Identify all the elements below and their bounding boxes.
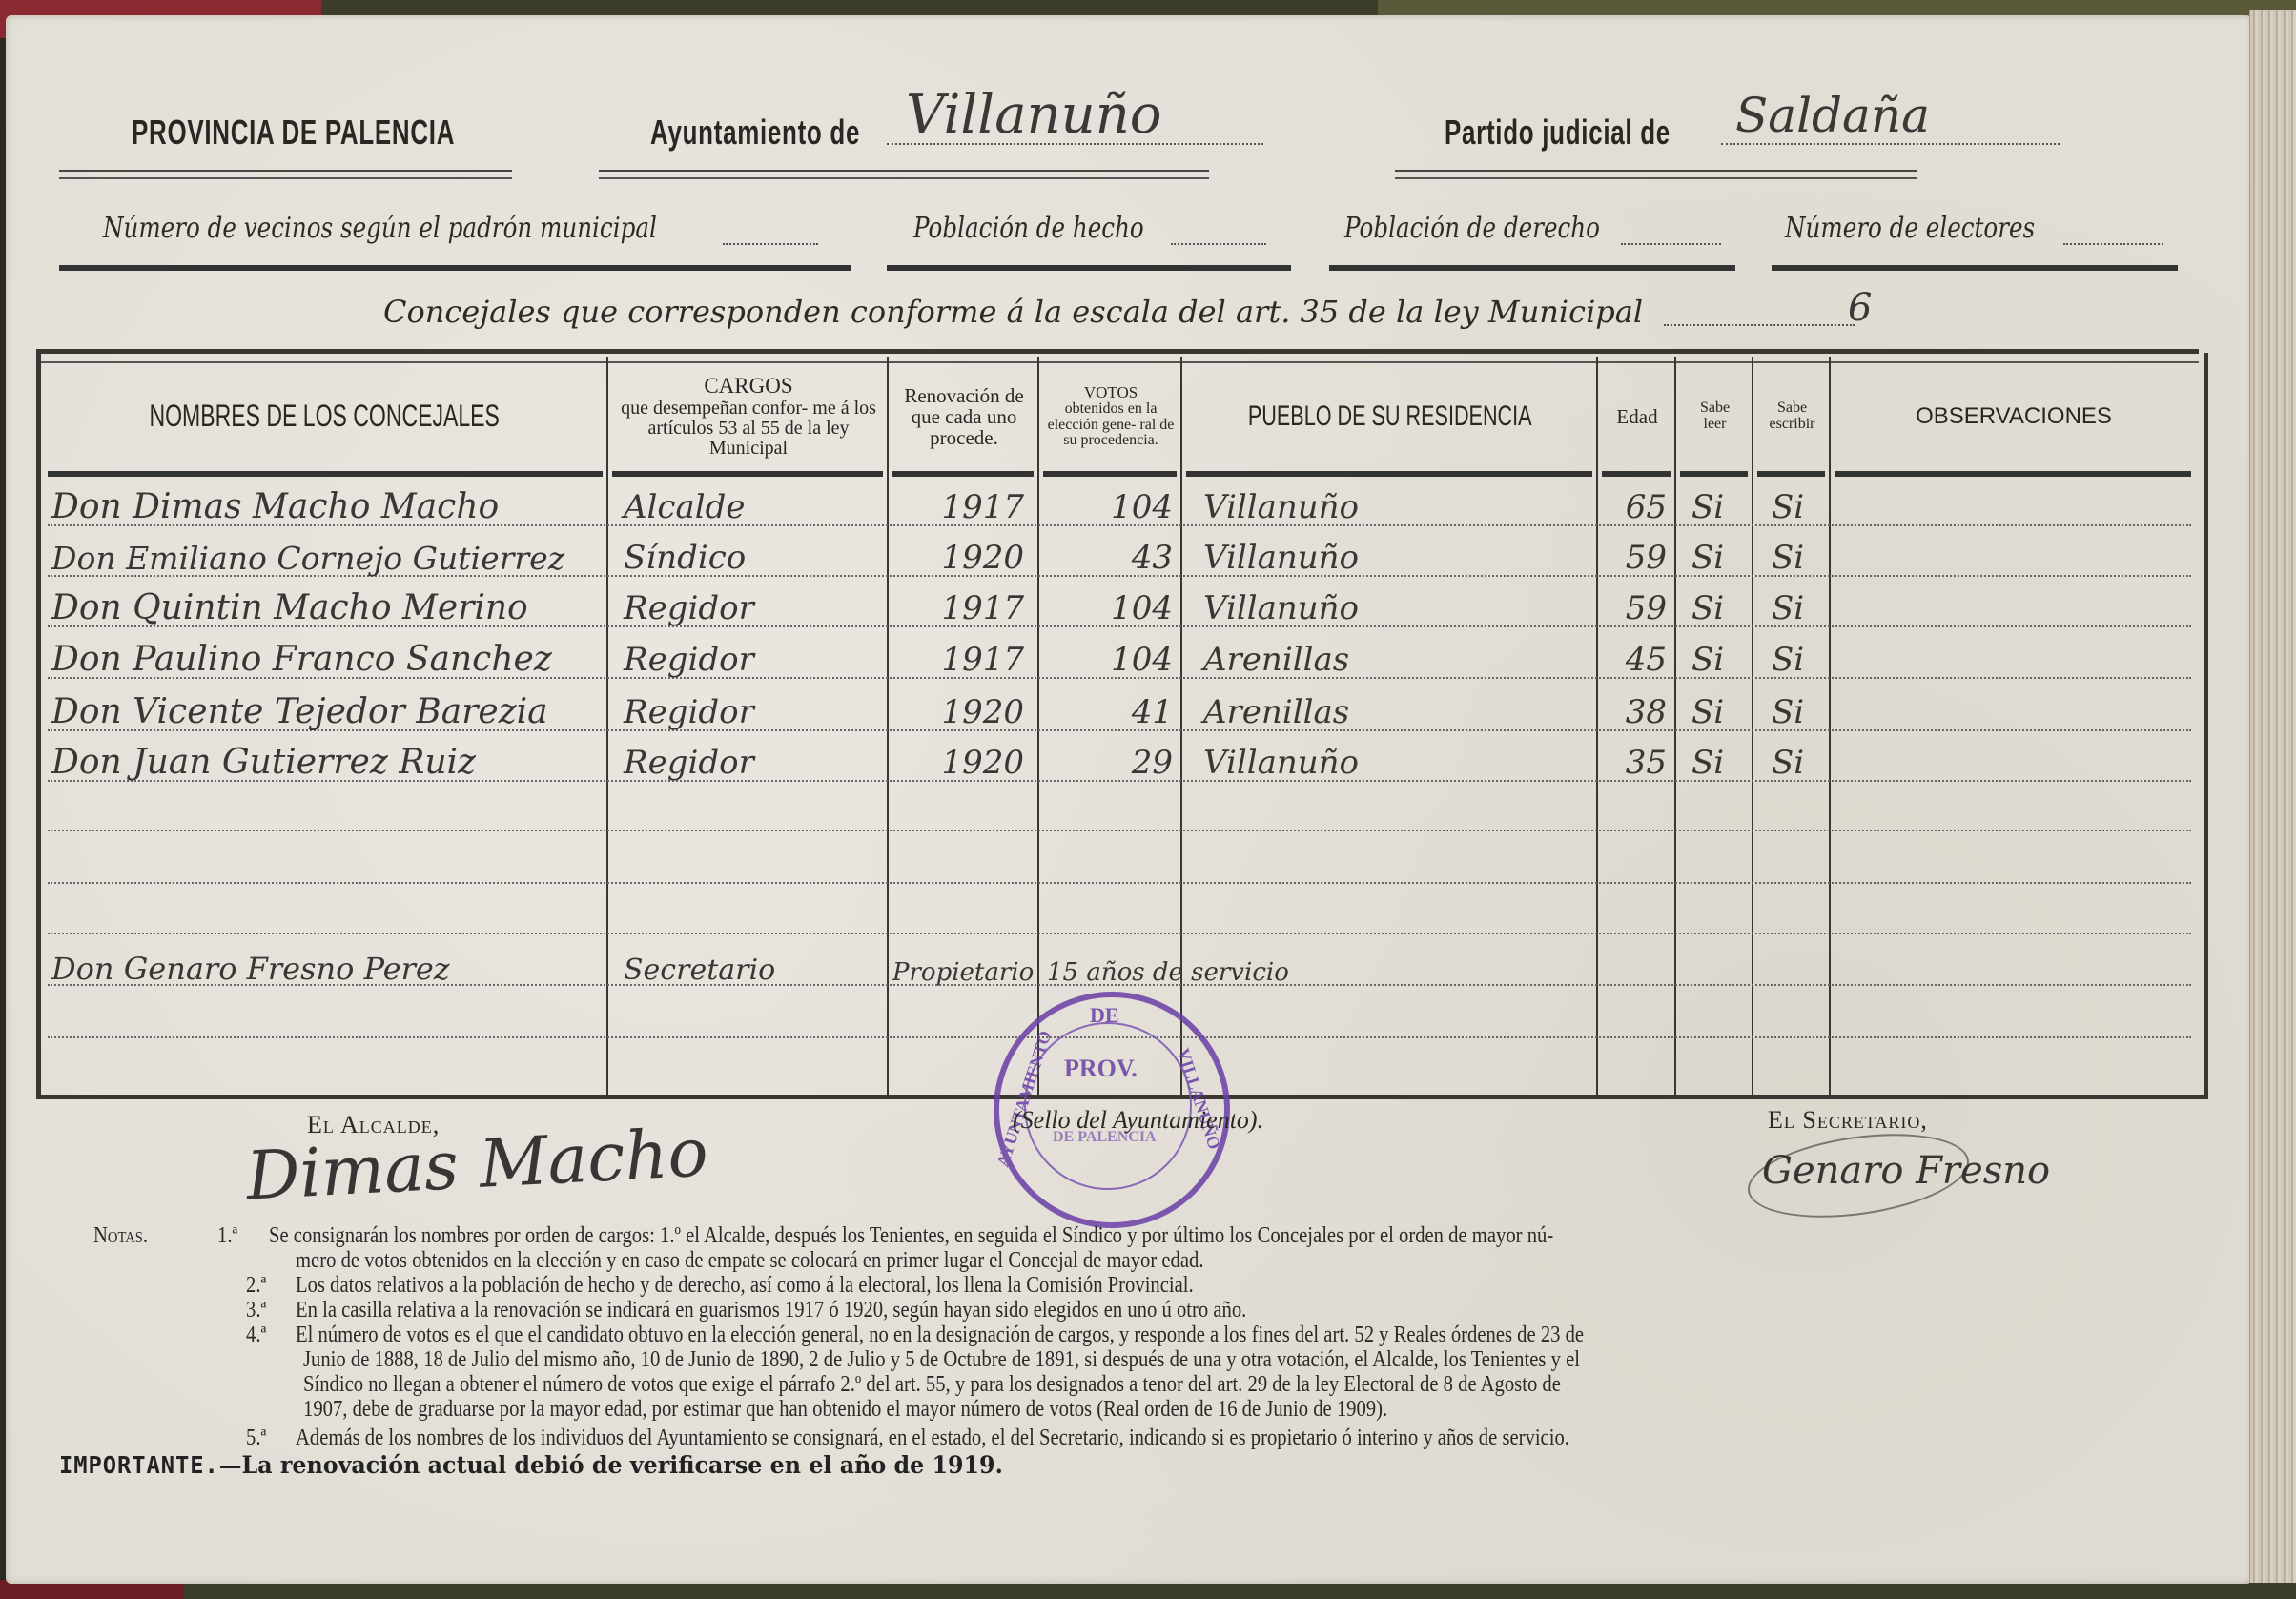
col-header-title: CARGOS bbox=[704, 375, 792, 398]
cell-renovacion: 1917 bbox=[892, 580, 1035, 631]
col-header-sabe-leer: Sabe leer bbox=[1678, 360, 1752, 473]
col-header-label: Sabe leer bbox=[1691, 400, 1739, 433]
header-underline bbox=[1186, 471, 1592, 477]
electores-label: Número de electores bbox=[1785, 212, 2035, 245]
important-label: IMPORTANTE. bbox=[59, 1451, 219, 1479]
note-num: 1.ª bbox=[217, 1222, 237, 1249]
cell-observaciones bbox=[1848, 631, 2191, 683]
cell-pueblo: Villanuño bbox=[1203, 479, 1594, 530]
cell-sabe-leer: Si bbox=[1691, 580, 1758, 631]
cell-cargo: Síndico bbox=[624, 529, 881, 581]
cell-votos: 104 bbox=[1043, 631, 1184, 683]
sello-label: (Sello del Ayuntamiento). bbox=[1013, 1106, 1263, 1135]
cell-sabe-leer: Si bbox=[1691, 631, 1758, 683]
note-text: mero de votos obtenidos en la elección y… bbox=[296, 1247, 1204, 1274]
stamp-text-top: DE bbox=[1090, 1003, 1119, 1028]
header-underline bbox=[612, 471, 883, 477]
header-underline bbox=[1602, 471, 1671, 477]
cell-observaciones bbox=[1848, 529, 2191, 581]
hecho-field[interactable] bbox=[1171, 243, 1266, 245]
note-num: 3.ª bbox=[246, 1297, 266, 1323]
note-text: Además de los nombres de los individuos … bbox=[296, 1425, 1569, 1451]
cell-sabe-escribir: Si bbox=[1772, 631, 1838, 683]
col-header-sabe-escribir: Sabe escribir bbox=[1755, 360, 1829, 473]
important-notice: IMPORTANTE.—La renovación actual debió d… bbox=[59, 1451, 1003, 1479]
col-header-label: PUEBLO DE SU RESIDENCIA bbox=[1248, 401, 1532, 432]
page-stack-edge bbox=[2249, 10, 2296, 1583]
concejales-label: Concejales que corresponden conforme á l… bbox=[383, 294, 1643, 330]
cell-votos: 29 bbox=[1043, 734, 1184, 786]
cell-cargo: Alcalde bbox=[624, 479, 881, 530]
note-text: En la casilla relativa a la renovación s… bbox=[296, 1297, 1246, 1323]
table-row: Don Dimas Macho Macho Alcalde 1917 104 V… bbox=[46, 479, 2191, 526]
cell-cargo: Secretario bbox=[624, 939, 881, 991]
table-row: Don Emiliano Cornejo Gutierrez Síndico 1… bbox=[46, 529, 2191, 577]
stamp-text-center: PROV. bbox=[1064, 1055, 1138, 1083]
cell-sabe-escribir: Si bbox=[1772, 529, 1838, 581]
row-rule bbox=[48, 882, 2191, 884]
cell-sabe-escribir: Si bbox=[1772, 479, 1838, 530]
col-header-edad: Edad bbox=[1600, 360, 1674, 473]
cell-votos: 43 bbox=[1043, 529, 1184, 581]
col-header-cargos: CARGOS que desempeñan confor- me á los a… bbox=[610, 360, 887, 473]
cell-cargo: Regidor bbox=[624, 734, 881, 786]
header-underline bbox=[1757, 471, 1825, 477]
row-rule bbox=[48, 830, 2191, 831]
cell-nombre: Don Vicente Tejedor Barezia bbox=[51, 684, 605, 735]
secretario-label: El Secretario, bbox=[1768, 1106, 1928, 1135]
table-row: Don Juan Gutierrez Ruiz Regidor 1920 29 … bbox=[46, 734, 2191, 782]
col-header-pueblo: PUEBLO DE SU RESIDENCIA bbox=[1184, 360, 1596, 473]
cell-pueblo: Villanuño bbox=[1203, 580, 1594, 631]
col-header-label: Renovación de que cada uno procede. bbox=[897, 385, 1031, 448]
note-text: Junio de 1888, 18 de Julio del mismo año… bbox=[303, 1346, 1580, 1373]
col-header-sub: que desempeñan confor- me á los artículo… bbox=[620, 399, 877, 459]
provincia-label: PROVINCIA DE PALENCIA bbox=[132, 113, 455, 153]
cell-pueblo: Villanuño bbox=[1203, 734, 1594, 786]
cell-renovacion: 1917 bbox=[892, 479, 1035, 530]
cell-votos: 15 años de servicio bbox=[1047, 939, 1333, 991]
header-underline bbox=[48, 471, 603, 477]
cell-cargo: Regidor bbox=[624, 684, 881, 735]
col-header-votos: VOTOS obtenidos en la elección gene- ral… bbox=[1041, 360, 1180, 473]
partido-rule bbox=[1395, 170, 1917, 179]
cell-sabe-leer: Si bbox=[1691, 684, 1758, 735]
cell-nombre: Don Emiliano Cornejo Gutierrez bbox=[51, 529, 605, 581]
important-text: —La renovación actual debió de verificar… bbox=[219, 1451, 1003, 1479]
note-num: 5.ª bbox=[246, 1425, 266, 1451]
vecinos-rule bbox=[59, 265, 851, 271]
table-row-secretario: Don Genaro Fresno Perez Secretario Propi… bbox=[46, 939, 2191, 987]
cell-edad: 45 bbox=[1602, 631, 1672, 683]
partido-value: Saldaña bbox=[1735, 88, 1930, 143]
provincia-rule bbox=[59, 170, 512, 179]
cell-observaciones bbox=[1848, 734, 2191, 786]
cell-renovacion: Propietario bbox=[892, 939, 1035, 991]
ayuntamiento-rule bbox=[599, 170, 1209, 179]
cell-votos: 41 bbox=[1043, 684, 1184, 735]
cell-cargo: Regidor bbox=[624, 580, 881, 631]
vecinos-label: Número de vecinos según el padrón munici… bbox=[103, 212, 657, 245]
cell-pueblo: Arenillas bbox=[1203, 684, 1594, 735]
cell-edad: 59 bbox=[1602, 580, 1672, 631]
note-num: 2.ª bbox=[246, 1272, 266, 1299]
col-header-label: Edad bbox=[1616, 406, 1657, 427]
col-header-observaciones: OBSERVACIONES bbox=[1833, 360, 2195, 473]
hecho-label: Población de hecho bbox=[913, 212, 1144, 245]
note-text: Síndico no llegan a obtener el número de… bbox=[303, 1371, 1561, 1398]
table-row: Don Vicente Tejedor Barezia Regidor 1920… bbox=[46, 684, 2191, 731]
header-underline bbox=[1043, 471, 1177, 477]
cell-renovacion: 1920 bbox=[892, 529, 1035, 581]
hecho-rule bbox=[887, 265, 1291, 271]
partido-dotted-line bbox=[1721, 143, 2060, 145]
cell-renovacion: 1920 bbox=[892, 684, 1035, 735]
cell-nombre: Don Paulino Franco Sanchez bbox=[51, 631, 605, 683]
cell-sabe-leer: Si bbox=[1691, 479, 1758, 530]
derecho-rule bbox=[1329, 265, 1735, 271]
col-header-nombres: NOMBRES DE LOS CONCEJALES bbox=[42, 360, 606, 473]
notes-heading: Notas. bbox=[93, 1222, 148, 1249]
cell-pueblo: Arenillas bbox=[1203, 631, 1594, 683]
cell-observaciones bbox=[1848, 479, 2191, 530]
row-rule bbox=[48, 933, 2191, 934]
concejales-value: 6 bbox=[1848, 286, 1872, 330]
cell-votos: 104 bbox=[1043, 580, 1184, 631]
cell-sabe-leer: Si bbox=[1691, 734, 1758, 786]
cell-edad: 65 bbox=[1602, 479, 1672, 530]
cell-nombre: Don Genaro Fresno Perez bbox=[51, 939, 605, 991]
cell-edad: 35 bbox=[1602, 734, 1672, 786]
table-row: Don Paulino Franco Sanchez Regidor 1917 … bbox=[46, 631, 2191, 679]
cell-nombre: Don Dimas Macho Macho bbox=[51, 479, 605, 530]
col-header-sub: obtenidos en la elección gene- ral de su… bbox=[1045, 401, 1177, 449]
concejales-dotted-line bbox=[1664, 324, 1855, 326]
header-underline bbox=[1835, 471, 2191, 477]
header-underline bbox=[892, 471, 1034, 477]
note-num: 4.ª bbox=[246, 1322, 266, 1348]
electores-rule bbox=[1772, 265, 2178, 271]
col-header-renovacion: Renovación de que cada uno procede. bbox=[891, 360, 1037, 473]
cell-nombre: Don Quintin Macho Merino bbox=[51, 580, 605, 631]
vecinos-field[interactable] bbox=[723, 243, 818, 245]
note-text: Se consignarán los nombres por orden de … bbox=[269, 1222, 1553, 1249]
derecho-label: Población de derecho bbox=[1344, 212, 1600, 245]
cell-edad: 59 bbox=[1602, 529, 1672, 581]
note-text: El número de votos es el que el candidat… bbox=[296, 1322, 1584, 1348]
col-header-label: OBSERVACIONES bbox=[1916, 404, 2112, 428]
table-row: Don Quintin Macho Merino Regidor 1917 10… bbox=[46, 580, 2191, 627]
cell-nombre: Don Juan Gutierrez Ruiz bbox=[51, 734, 605, 786]
cell-cargo: Regidor bbox=[624, 631, 881, 683]
note-text: Los datos relativos a la población de he… bbox=[296, 1272, 1194, 1299]
cell-edad: 38 bbox=[1602, 684, 1672, 735]
partido-label: Partido judicial de bbox=[1445, 113, 1671, 153]
cell-sabe-escribir: Si bbox=[1772, 734, 1838, 786]
col-header-label: Sabe escribir bbox=[1764, 400, 1821, 433]
cell-pueblo: Villanuño bbox=[1203, 529, 1594, 581]
col-header-title: VOTOS bbox=[1084, 384, 1138, 401]
cell-sabe-escribir: Si bbox=[1772, 580, 1838, 631]
cell-observaciones bbox=[1848, 580, 2191, 631]
derecho-field[interactable] bbox=[1621, 243, 1721, 245]
cell-sabe-leer: Si bbox=[1691, 529, 1758, 581]
cell-renovacion: 1917 bbox=[892, 631, 1035, 683]
ayuntamiento-label: Ayuntamiento de bbox=[650, 113, 860, 153]
ayuntamiento-value: Villanuño bbox=[906, 84, 1162, 146]
header-underline bbox=[1680, 471, 1748, 477]
note-text: 1907, debe de graduarse por la mayor eda… bbox=[303, 1396, 1387, 1423]
col-header-label: NOMBRES DE LOS CONCEJALES bbox=[149, 400, 499, 433]
cell-votos: 104 bbox=[1043, 479, 1184, 530]
electores-field[interactable] bbox=[2063, 243, 2163, 245]
cell-observaciones bbox=[1848, 684, 2191, 735]
cell-renovacion: 1920 bbox=[892, 734, 1035, 786]
cell-sabe-escribir: Si bbox=[1772, 684, 1838, 735]
